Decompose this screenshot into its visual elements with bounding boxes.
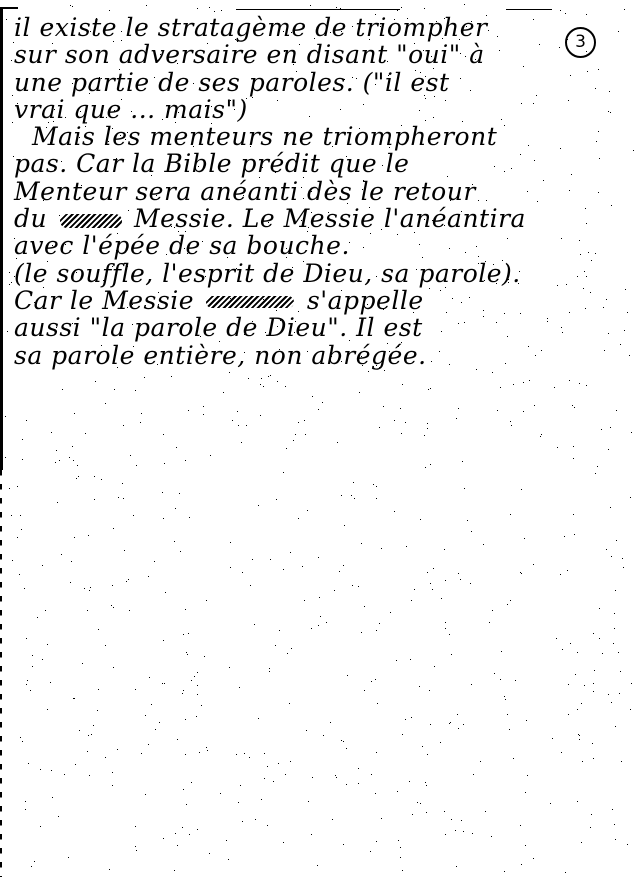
text-fragment: s'appelle	[307, 286, 424, 315]
text-line: (le souffle, l'esprit de Dieu, sa parole…	[14, 260, 614, 287]
text-line: sa parole entière, non abrégée.	[14, 342, 614, 369]
text-line: aussi "la parole de Dieu". Il est	[14, 314, 614, 341]
text-line: pas. Car la Bible prédit que le	[14, 150, 614, 177]
text-line: sur son adversaire en disant "oui" à	[14, 41, 614, 68]
crossed-out-word	[206, 296, 294, 308]
text-line: une partie de ses paroles. ("il est	[14, 69, 614, 96]
text-line: Menteur sera anéanti dès le retour	[14, 178, 614, 205]
scanned-page: 3 il existe le stratagème de triompher s…	[0, 0, 638, 877]
top-rule-line	[506, 9, 552, 10]
text-fragment: du	[14, 204, 47, 233]
text-fragment: Car le Messie	[14, 286, 194, 315]
text-line: du Messie. Le Messie l'anéantira	[14, 205, 614, 232]
left-margin-line	[0, 8, 3, 470]
text-line: Car le Messie s'appelle	[14, 287, 614, 314]
text-line: Mais les menteurs ne triompheront	[14, 123, 614, 150]
text-fragment: Messie. Le Messie l'anéantira	[134, 204, 526, 233]
left-margin-line-faded	[0, 470, 2, 877]
top-rule-line	[236, 9, 400, 10]
text-line: vrai que ... mais")	[14, 96, 614, 123]
crossed-out-word	[60, 214, 122, 228]
handwritten-text: il existe le stratagème de triompher sur…	[14, 14, 614, 369]
text-line: il existe le stratagème de triompher	[14, 14, 614, 41]
text-line: avec l'épée de sa bouche.	[14, 232, 614, 259]
